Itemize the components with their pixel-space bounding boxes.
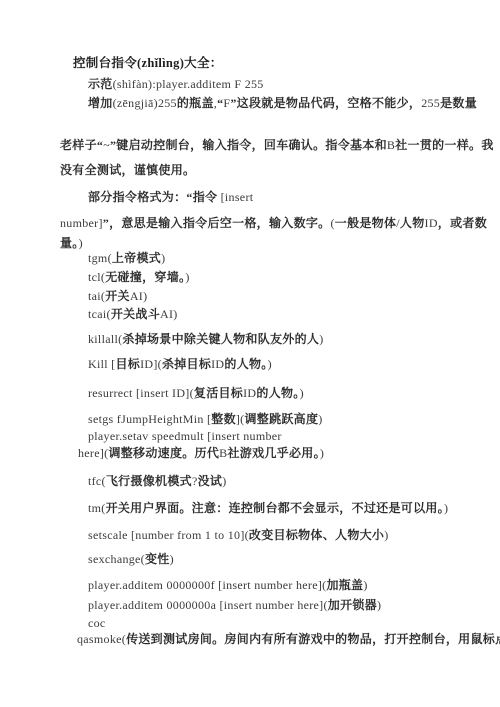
- cjk-text-run: 量。: [60, 236, 79, 250]
- text-line: sexchange(变性): [88, 552, 174, 567]
- latin-text-run: player.setav speedmult [insert number: [88, 429, 282, 443]
- cjk-text-run: 加开锁器: [328, 598, 377, 612]
- text-line: player.additem 0000000a [insert number h…: [88, 598, 381, 613]
- latin-text-run: ): [161, 251, 165, 265]
- latin-text-run: ): [222, 474, 226, 488]
- latin-text-run: ): [79, 236, 83, 250]
- latin-text-run: qasmoke(: [77, 632, 126, 646]
- cjk-text-run: ”，意思是输入指令后空一格，输入数字。: [103, 216, 331, 230]
- cjk-text-run: 杀掉场景中除关键人物和队友外的人: [122, 332, 319, 346]
- latin-text-run: B: [387, 138, 395, 152]
- latin-text-run: player.additem 0000000a [insert number h…: [88, 598, 328, 612]
- cjk-text-run: 没有全测试，谨慎使用。: [60, 163, 195, 177]
- cjk-text-run: 改变目标物体、人物大小: [249, 528, 384, 542]
- text-line: tai(开关AI): [88, 289, 147, 304]
- cjk-text-run: 杀掉目标: [162, 357, 211, 371]
- cjk-text-run: 调整移动速度。历代: [108, 446, 219, 460]
- text-line: tfc(飞行摄像机模式?没试): [88, 474, 227, 489]
- text-line: setscale [number from 1 to 10](改变目标物体、人物…: [88, 528, 389, 543]
- latin-text-run: [insert: [217, 190, 253, 204]
- cjk-text-run: 控制台指令: [73, 56, 137, 70]
- text-line: player.additem 0000000f [insert number h…: [88, 578, 368, 593]
- latin-text-run: ID](: [140, 357, 162, 371]
- text-line: tgm(上帝模式): [88, 251, 165, 266]
- cjk-text-run: 上帝模式: [112, 251, 161, 265]
- latin-text-run: ): [268, 357, 272, 371]
- cjk-text-run: 没试: [198, 474, 223, 488]
- latin-text-run: setscale [number from 1 to 10](: [88, 528, 249, 542]
- text-line: Kill [目标ID](杀掉目标ID的人物。): [88, 357, 272, 372]
- cjk-text-run: 大全：: [184, 56, 222, 70]
- latin-text-run: Kill [: [88, 357, 115, 371]
- document-page: 控制台指令(zhǐlìng)大全：示范(shìfàn):player.addit…: [0, 0, 500, 707]
- text-line: 量。): [60, 236, 83, 251]
- text-line: killall(杀掉场景中除关键人物和队友外的人): [88, 332, 324, 347]
- cjk-text-run: 调整跳跃高度: [244, 412, 318, 426]
- latin-text-run: AI): [160, 307, 178, 321]
- text-line: tcl(无碰撞，穿墙。): [88, 270, 190, 285]
- latin-text-run: here](: [78, 446, 108, 460]
- latin-text-run: tgm(: [88, 251, 112, 265]
- latin-text-run: tcl(: [88, 270, 105, 284]
- latin-text-run: ): [320, 446, 324, 460]
- latin-text-run: ): [170, 552, 174, 566]
- text-line: here](调整移动速度。历代B社游戏几乎必用。): [78, 446, 324, 461]
- cjk-text-run: 社游戏几乎必用。: [227, 446, 319, 460]
- latin-text-run: ): [318, 412, 322, 426]
- latin-text-run: (zēngjiā)255: [113, 96, 177, 110]
- text-line: coc: [88, 616, 106, 631]
- latin-text-run: tcai(: [88, 307, 111, 321]
- latin-text-run: AI): [130, 289, 148, 303]
- cjk-text-run: 的人物。: [224, 357, 267, 371]
- cjk-text-run: 人物: [400, 216, 425, 230]
- latin-text-run: 255: [421, 96, 440, 110]
- text-line: 没有全测试，谨慎使用。: [60, 163, 195, 178]
- latin-text-run: ): [319, 332, 323, 346]
- text-line: tcai(开关战斗AI): [88, 307, 178, 322]
- latin-text-run: ~: [103, 138, 110, 152]
- text-line: 增加(zēngjiā)255的瓶盖,“F”这段就是物品代码，空格不能少，255是…: [88, 96, 477, 111]
- latin-text-run: ): [300, 386, 304, 400]
- latin-text-run: tm(: [88, 501, 106, 515]
- latin-text-run: ): [185, 270, 189, 284]
- latin-text-run: ID: [243, 386, 256, 400]
- text-line: player.setav speedmult [insert number: [88, 429, 282, 444]
- latin-text-run: tfc(: [88, 474, 106, 488]
- latin-text-run: tai(: [88, 289, 105, 303]
- cjk-text-run: 部分指令格式为：“指令: [88, 190, 217, 204]
- text-line: resurrect [insert ID](复活目标ID的人物。): [88, 386, 304, 401]
- latin-text-run: coc: [88, 616, 106, 630]
- latin-text-run: ): [377, 598, 381, 612]
- cjk-text-run: 增加: [88, 96, 113, 110]
- text-line: number]”，意思是输入指令后空一格，输入数字。(一般是物体/人物ID，或者…: [60, 216, 487, 231]
- latin-text-run: sexchange(: [88, 552, 145, 566]
- text-line: tm(开关用户界面。注意：连控制台都不会显示，不过还是可以用。): [88, 501, 448, 516]
- latin-text-run: (shìfàn):player.additem F 255: [113, 77, 264, 91]
- latin-text-run: killall(: [88, 332, 122, 346]
- latin-text-run: ): [363, 578, 367, 592]
- cjk-text-run: ”键启动控制台，输入指令，回车确认。指令基本和: [110, 138, 387, 152]
- cjk-text-run: 变性: [145, 552, 170, 566]
- latin-text-run: ): [384, 528, 388, 542]
- latin-text-run: resurrect [insert ID](: [88, 386, 194, 400]
- cjk-text-run: 社一贯的一样。我: [395, 138, 493, 152]
- page-title: 控制台指令(zhǐlìng)大全：: [73, 56, 223, 72]
- cjk-text-run: ，或者数: [438, 216, 487, 230]
- text-line: 部分指令格式为：“指令 [insert: [88, 190, 253, 205]
- cjk-text-run: 整数: [211, 412, 236, 426]
- text-line: qasmoke(传送到测试房间。房间内有所有游戏中的物品，打开控制台，用鼠标点: [77, 632, 500, 647]
- latin-text-run: player.additem 0000000f [insert number h…: [88, 578, 326, 592]
- cjk-text-run: 加瓶盖: [326, 578, 363, 592]
- cjk-text-run: 老样子“: [60, 138, 103, 152]
- cjk-text-run: ”这段就是物品代码，空格不能少，: [230, 96, 421, 110]
- cjk-text-run: 飞行摄像机模式: [106, 474, 192, 488]
- latin-text-run: ID: [425, 216, 438, 230]
- cjk-text-run: 复活目标: [194, 386, 243, 400]
- cjk-text-run: 传送到测试房间。房间内有所有游戏中的物品，打开控制台，用鼠标点: [126, 632, 500, 646]
- text-line: setgs fJumpHeightMin [整数](调整跳跃高度): [88, 412, 323, 427]
- cjk-text-run: 目标: [115, 357, 140, 371]
- cjk-text-run: 的瓶盖: [177, 96, 214, 110]
- text-line: 示范(shìfàn):player.additem F 255: [88, 77, 264, 92]
- text-line: 老样子“~”键启动控制台，输入指令，回车确认。指令基本和B社一贯的一样。我: [60, 138, 494, 153]
- cjk-text-run: 无碰撞，穿墙。: [105, 270, 185, 284]
- latin-text-run: (zhǐlìng): [137, 56, 184, 70]
- cjk-text-run: 一般是物体: [335, 216, 397, 230]
- cjk-text-run: 的人物。: [256, 386, 299, 400]
- cjk-text-run: 开关用户界面。注意：连控制台都不会显示，不过还是可以用。: [106, 501, 444, 515]
- latin-text-run: ID: [211, 357, 224, 371]
- cjk-text-run: 示范: [88, 77, 113, 91]
- cjk-text-run: 是数量: [440, 96, 477, 110]
- cjk-text-run: 开关战斗: [111, 307, 160, 321]
- latin-text-run: ): [444, 501, 448, 515]
- cjk-text-run: 开关: [105, 289, 130, 303]
- latin-text-run: number]: [60, 216, 103, 230]
- latin-text-run: setgs fJumpHeightMin [: [88, 412, 211, 426]
